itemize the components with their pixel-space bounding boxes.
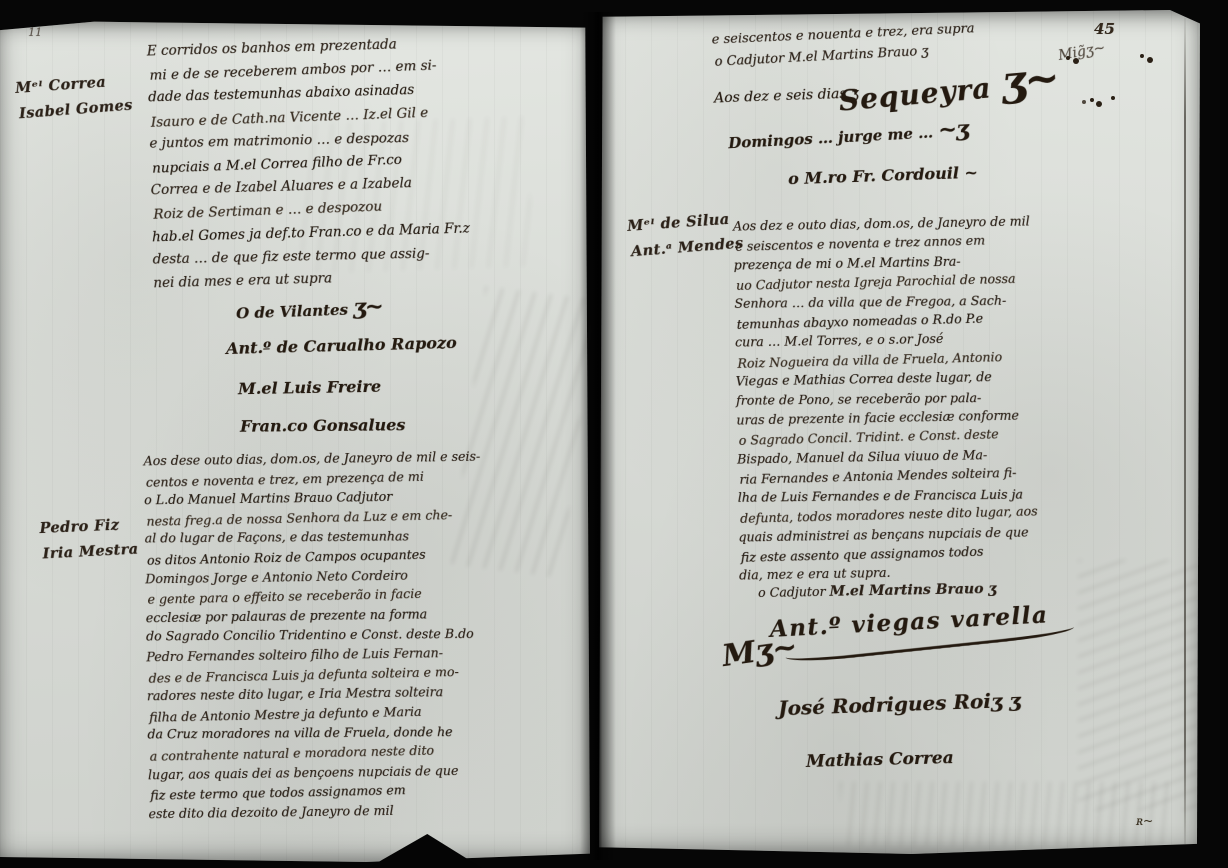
signature-coadjutor: M.el Martins Brauo ʒ [829, 581, 996, 600]
signature-vilantes: O de Vilantes ʒ~ [236, 293, 384, 324]
margin-note-couple-1: Mᵉˡ CorreaIsabel Gomes [14, 68, 131, 126]
left-entry-1-text: E corridos os banhos em prezentadami e d… [146, 32, 471, 296]
handwritten-line: fronte de Pono, se receberão por pala- [736, 387, 1034, 410]
signature-gonsalues: Fran.co Gonsalues [240, 415, 405, 435]
page-edge-crease [1184, 18, 1186, 844]
signature-luis-freire: M.el Luis Freire [238, 377, 381, 398]
left-entry-2-text: Aos dese outo dias, dom.os, de Janeyro d… [143, 447, 485, 824]
handwritten-line: do Sagrado Concilio Tridentino e Const. … [146, 624, 483, 646]
signature-flourish: ʒ~ [353, 293, 384, 320]
signature-mathias-correa: Mathias Correa [806, 748, 954, 772]
signature-text: O de Vilantes [236, 301, 348, 323]
top-left-mark: 11 [28, 26, 42, 39]
right-entry-text: Aos dez e outo dias, dom.os, de Janeyro … [733, 211, 1037, 585]
corner-mark: ʀ~ [1136, 814, 1153, 828]
ink-spots [1066, 56, 1070, 60]
signature-flourish: ʒ~ [999, 52, 1060, 106]
folio-number: 45 [1094, 20, 1115, 38]
margin-note-couple-3: Mᵉˡ de SiluaAnt.ᵃ Mendes [626, 206, 742, 264]
manuscript-scan: Mᵉˡ CorreaIsabel Gomes E corridos os ban… [0, 0, 1228, 868]
margin-note-couple-2: Pedro FizIria Mestra [39, 512, 137, 566]
closing-text: o Cadjutor [758, 584, 826, 600]
handwritten-line: Iria Mestra [42, 536, 139, 566]
signature-flourish: ~ʒ [937, 116, 968, 144]
